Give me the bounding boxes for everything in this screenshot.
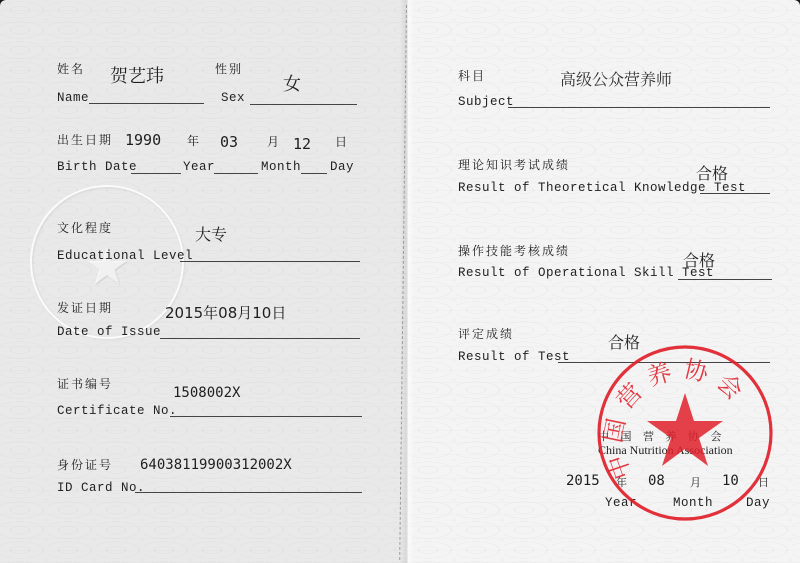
education-line [180,261,360,262]
theory-line [700,193,770,194]
name-label-cn: 姓名 [57,60,85,77]
month-label-cn: 月 [267,133,281,150]
name-label-en: Name [57,91,89,105]
left-page: ★ 姓名 贺艺玮 Name 性别 女 Sex 出生日期 1990 年 03 月 … [0,0,408,563]
sex-line [250,104,357,105]
star-icon [647,393,723,466]
day-label-cn: 日 [335,133,349,150]
theory-label-cn: 理论知识考试成绩 [458,156,570,173]
birth-day-line [301,173,327,174]
final-label-cn: 评定成绩 [458,325,514,342]
birth-year-line [131,173,181,174]
education-label-en: Educational Level [57,249,193,263]
certificate-no-line [170,416,362,417]
certificate-no-label-en: Certificate No. [57,404,177,418]
skill-line [678,279,772,280]
subject-label-cn: 科目 [458,67,486,84]
name-value: 贺艺玮 [110,62,164,88]
birth-date-label-cn: 出生日期 [57,131,113,148]
education-label-cn: 文化程度 [57,219,113,236]
birth-year-value: 1990 [125,131,161,149]
birth-month-value: 03 [220,133,238,151]
certificate-no-value: 1508002X [173,385,240,401]
id-card-label-cn: 身份证号 [57,456,113,473]
issue-date-value: 2015年08月10日 [165,302,286,323]
id-card-value: 64038119900312002X [140,457,292,473]
birth-day-value: 12 [293,135,311,153]
id-card-label-en: ID Card No. [57,481,145,495]
birth-month-line [214,173,258,174]
skill-label-cn: 操作技能考核成绩 [458,242,570,259]
year-label-en: Year [183,160,215,174]
birth-date-label-en: Birth Date [57,160,137,174]
certificate-no-label-cn: 证书编号 [57,375,113,392]
issue-date-label-cn: 发证日期 [57,299,113,316]
month-label-en: Month [261,160,301,174]
seal-graphic: 中国营养协会 [595,343,775,523]
education-value: 大专 [195,222,227,245]
subject-line [508,107,770,108]
subject-label-en: Subject [458,95,514,109]
subject-value: 高级公众营养师 [560,67,672,90]
sex-label-cn: 性别 [215,60,243,77]
sex-label-en: Sex [221,91,245,105]
red-official-seal: 中国营养协会 [595,343,775,523]
final-label-en: Result of Test [458,350,570,364]
id-card-line [135,492,362,493]
year-label-cn: 年 [187,132,201,149]
name-line [89,103,204,104]
day-label-en: Day [330,160,354,174]
skill-label-en: Result of Operational Skill Test [458,266,714,280]
issue-date-line [160,338,360,339]
issue-date-label-en: Date of Issue [57,325,161,339]
sex-value: 女 [283,70,301,96]
